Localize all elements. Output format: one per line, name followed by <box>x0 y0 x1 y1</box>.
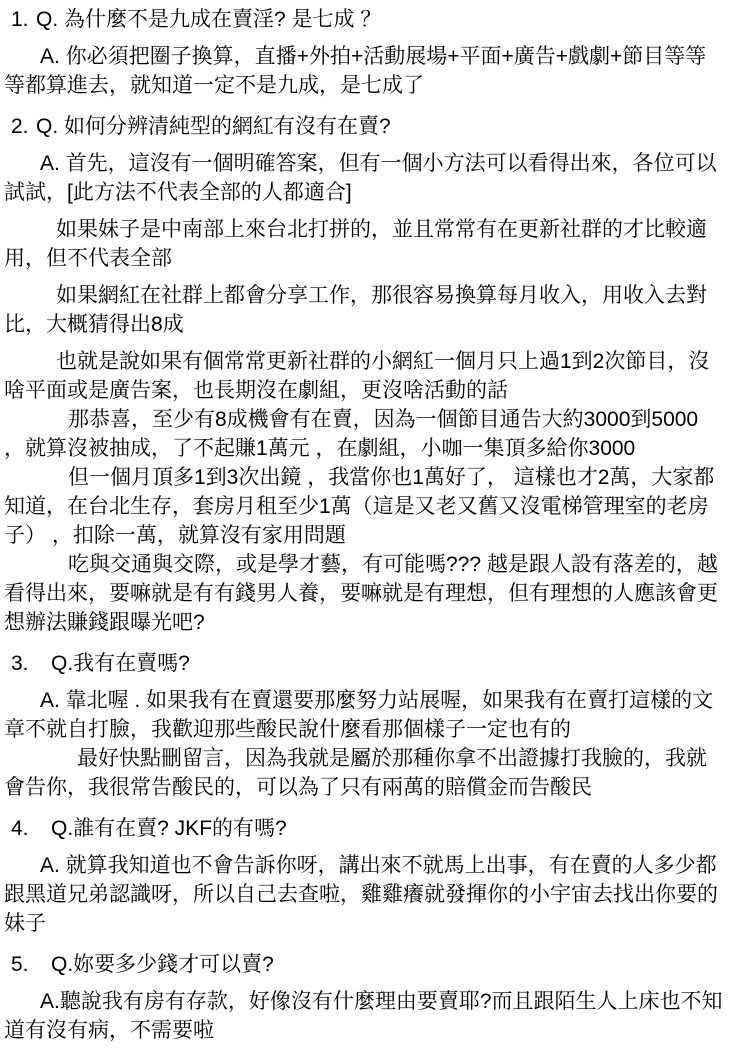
answer-paragraph: 但一個月頂多1到3次出鏡 ，我當你也1萬好了， 這樣也才2萬，大家都知道，在台北… <box>4 463 726 550</box>
answer-paragraph: 那恭喜，至少有8成機會有在賣，因為一個節目通告大約3000到5000 ，就算沒被… <box>4 405 726 463</box>
answer-paragraph: A. 你必須把圈子換算，直播+外拍+活動展場+平面+廣告+戲劇+節目等等等都算進… <box>4 42 726 100</box>
question-line: 5. Q.妳要多少錢才可以賣? <box>4 950 726 979</box>
qa-item-3: 3. Q.我有在賣嗎? A. 靠北喔 . 如果我有在賣還要那麼努力站展喔，如果我… <box>4 649 726 802</box>
answer-paragraph: 如果網紅在社群上都會分享工作，那很容易換算每月收入，用收入去對比，大概猜得出8成 <box>4 281 726 339</box>
qa-item-1: 1. Q. 為什麼不是九成在賣淫? 是七成 ？ A. 你必須把圈子換算，直播+外… <box>4 5 726 100</box>
question-text: Q.誰有在賣? JKF的有嗎? <box>51 814 726 843</box>
answer-paragraph: A. 就算我知道也不會告訴你呀，講出來不就馬上出事，有在賣的人多少都跟黑道兄弟認… <box>4 851 726 938</box>
item-number: 5. <box>11 950 51 979</box>
question-line: 4. Q.誰有在賣? JKF的有嗎? <box>4 814 726 843</box>
qa-item-5: 5. Q.妳要多少錢才可以賣? A.聽說我有房有存款，好像沒有什麼理由要賣耶?而… <box>4 950 726 1045</box>
answer-paragraph: 吃與交通與交際，或是學才藝，有可能嗎??? 越是跟人設有落差的，越看得出來，要嘛… <box>4 550 726 637</box>
question-line: 3. Q.我有在賣嗎? <box>4 649 726 678</box>
answer-paragraph: A.聽說我有房有存款，好像沒有什麼理由要賣耶?而且跟陌生人上床也不知道有沒有病，… <box>4 987 726 1045</box>
question-text: Q.我有在賣嗎? <box>51 649 726 678</box>
item-number: 3. <box>11 649 51 678</box>
question-text: Q. 如何分辨清純型的網紅有沒有在賣? <box>36 112 726 141</box>
answer-paragraph: A. 首先，這沒有一個明確答案，但有一個小方法可以看得出來，各位可以試試，[此方… <box>4 149 726 207</box>
qa-document: 1. Q. 為什麼不是九成在賣淫? 是七成 ？ A. 你必須把圈子換算，直播+外… <box>4 5 726 1045</box>
question-text: Q.妳要多少錢才可以賣? <box>51 950 726 979</box>
qa-item-4: 4. Q.誰有在賣? JKF的有嗎? A. 就算我知道也不會告訴你呀，講出來不就… <box>4 814 726 938</box>
item-number: 4. <box>11 814 51 843</box>
question-text: Q. 為什麼不是九成在賣淫? 是七成 ？ <box>36 5 726 34</box>
answer-paragraph: 也就是說如果有個常常更新社群的小網紅一個月只上過1到2次節目，沒啥平面或是廣告案… <box>4 347 726 405</box>
question-line: 2. Q. 如何分辨清純型的網紅有沒有在賣? <box>4 112 726 141</box>
answer-paragraph: 最好快點刪留言，因為我就是屬於那種你拿不出證據打我臉的，我就會告你，我很常告酸民… <box>4 744 726 802</box>
answer-paragraph: A. 靠北喔 . 如果我有在賣還要那麼努力站展喔，如果我有在賣打這樣的文章不就自… <box>4 686 726 744</box>
question-line: 1. Q. 為什麼不是九成在賣淫? 是七成 ？ <box>4 5 726 34</box>
answer-paragraph: 如果妹子是中南部上來台北打拼的，並且常常有在更新社群的才比較適用，但不代表全部 <box>4 215 726 273</box>
item-number: 1. <box>11 5 36 34</box>
qa-item-2: 2. Q. 如何分辨清純型的網紅有沒有在賣? A. 首先，這沒有一個明確答案，但… <box>4 112 726 637</box>
item-number: 2. <box>11 112 36 141</box>
